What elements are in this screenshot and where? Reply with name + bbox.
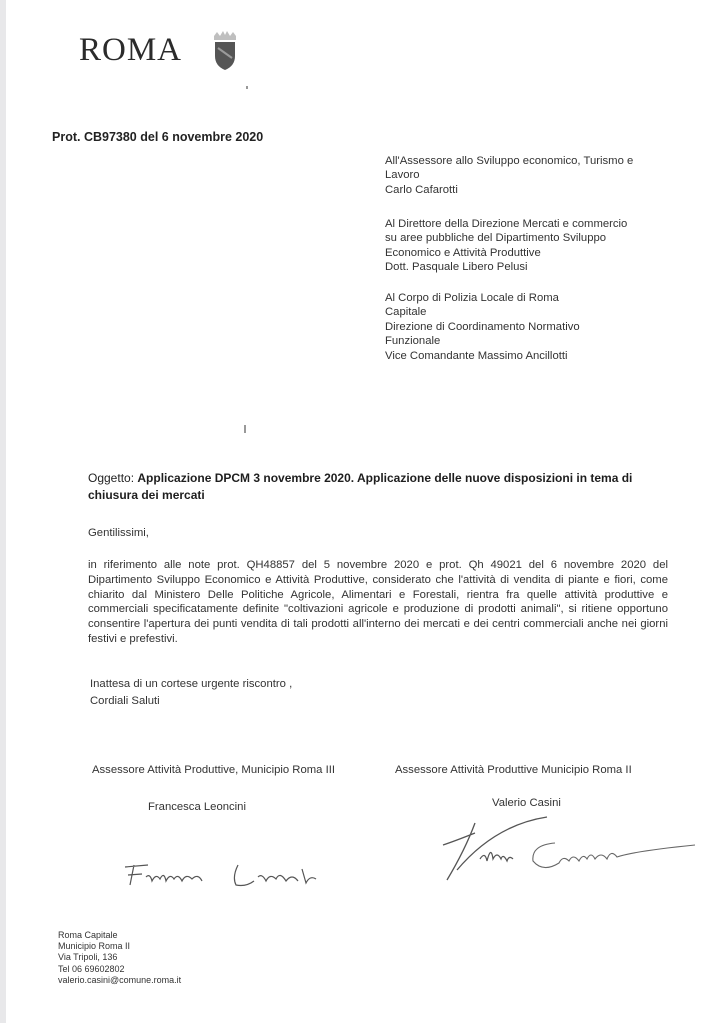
- scan-speck: [246, 86, 248, 89]
- protocol-number: Prot. CB97380 del 6 novembre 2020: [52, 130, 263, 144]
- subject-line: Oggetto: Applicazione DPCM 3 novembre 20…: [88, 470, 678, 504]
- signatory-title: Assessore Attività Produttive Municipio …: [395, 764, 632, 776]
- recipient-line: Al Direttore della Direzione Mercati e c…: [385, 217, 627, 231]
- page-edge: [0, 0, 6, 1023]
- recipient-line: Vice Comandante Massimo Ancillotti: [385, 349, 580, 363]
- recipient-block: Al Corpo di Polizia Locale di Roma Capit…: [385, 291, 580, 363]
- recipient-line: Funzionale: [385, 334, 580, 348]
- body-paragraph: in riferimento alle note prot. QH48857 d…: [88, 558, 668, 647]
- footer-address: Roma Capitale Municipio Roma II Via Trip…: [58, 930, 181, 986]
- signatory-title: Assessore Attività Produttive, Municipio…: [92, 764, 335, 776]
- recipient-line: Lavoro: [385, 168, 633, 182]
- subject-label: Oggetto:: [88, 471, 134, 485]
- footer-line: Municipio Roma II: [58, 941, 181, 952]
- greeting: Gentilissimi,: [88, 527, 149, 539]
- signature-casini: [435, 815, 705, 885]
- recipient-line: su aree pubbliche del Dipartimento Svilu…: [385, 231, 627, 245]
- recipient-line: Capitale: [385, 305, 580, 319]
- signature-leoncini: [120, 855, 340, 895]
- closing-line: Inattesa di un cortese urgente riscontro…: [90, 676, 292, 693]
- recipient-line: Dott. Pasquale Libero Pelusi: [385, 260, 627, 274]
- rome-crest-icon: [210, 30, 240, 72]
- recipient-block: All'Assessore allo Sviluppo economico, T…: [385, 154, 633, 197]
- closing: Inattesa di un cortese urgente riscontro…: [90, 676, 292, 710]
- footer-line: Tel 06 69602802: [58, 964, 181, 975]
- scan-speck: [244, 425, 246, 433]
- recipient-line: Carlo Cafarotti: [385, 183, 633, 197]
- signatory-name: Francesca Leoncini: [148, 801, 246, 813]
- roma-logo-text: ROMA: [79, 32, 182, 69]
- footer-email[interactable]: valerio.casini@comune.roma.it: [58, 975, 181, 986]
- recipient-block: Al Direttore della Direzione Mercati e c…: [385, 217, 627, 275]
- recipient-line: Direzione di Coordinamento Normativo: [385, 320, 580, 334]
- footer-line: Via Tripoli, 136: [58, 952, 181, 963]
- closing-line: Cordiali Saluti: [90, 693, 292, 710]
- recipient-line: All'Assessore allo Sviluppo economico, T…: [385, 154, 633, 168]
- subject-text: Applicazione DPCM 3 novembre 2020. Appli…: [88, 471, 632, 502]
- recipient-line: Al Corpo di Polizia Locale di Roma: [385, 291, 580, 305]
- footer-line: Roma Capitale: [58, 930, 181, 941]
- signatory-name: Valerio Casini: [492, 797, 561, 809]
- recipient-line: Economico e Attività Produttive: [385, 246, 627, 260]
